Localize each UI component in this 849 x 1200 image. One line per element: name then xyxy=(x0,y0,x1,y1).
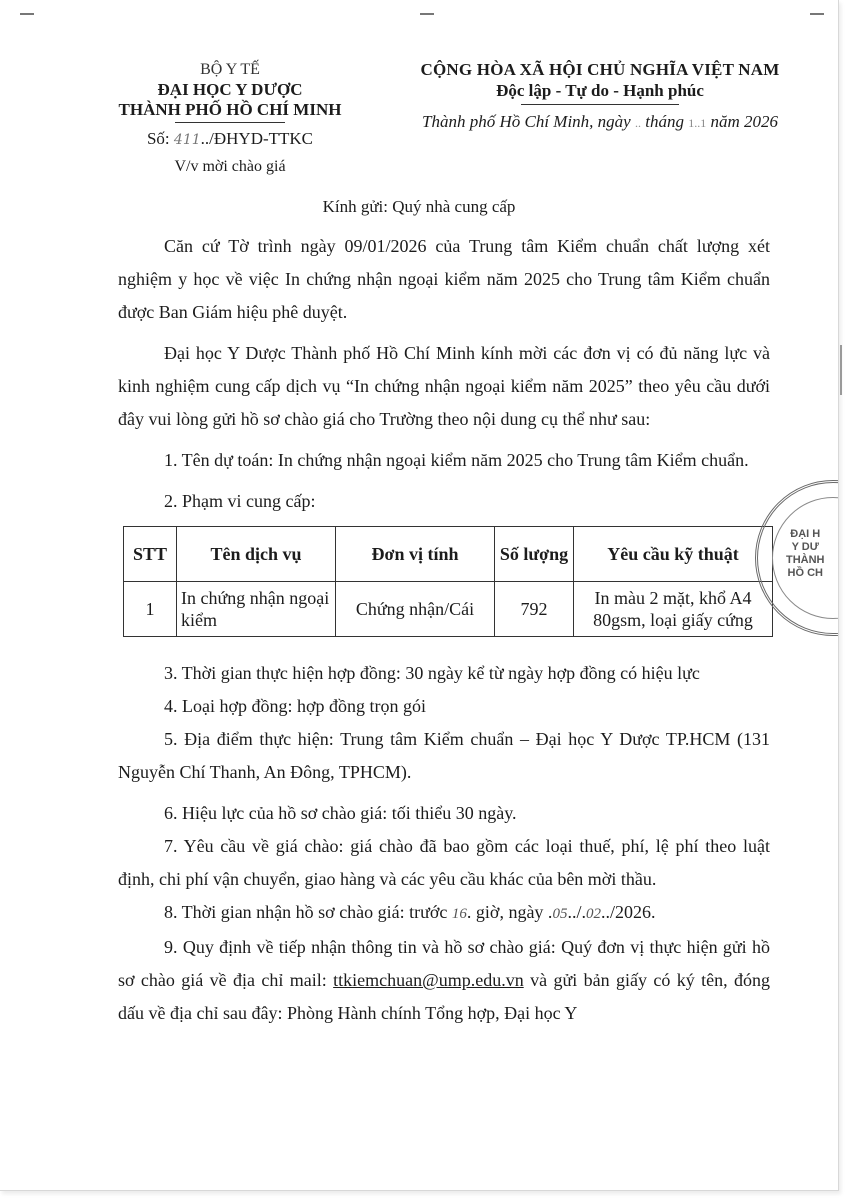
paragraph-basis: Căn cứ Tờ trình ngày 09/01/2026 của Trun… xyxy=(118,230,770,329)
item-contract-type: 4. Loại hợp đồng: hợp đồng trọn gói xyxy=(118,690,770,723)
national-motto: Độc lập - Tự do - Hạnh phúc xyxy=(400,80,800,102)
national-header: CỘNG HÒA XÃ HỘI CHỦ NGHĨA VIỆT NAM Độc l… xyxy=(400,60,800,134)
item-contract-time: 3. Thời gian thực hiện hợp đồng: 30 ngày… xyxy=(118,657,770,690)
seal-text: ĐẠI H Y DƯ THÀNH HỒ CH xyxy=(786,528,825,580)
deadline-month: 02 xyxy=(586,906,601,922)
item-scope: 2. Phạm vi cung cấp: xyxy=(118,485,770,518)
issuer-header: BỘ Y TẾ ĐẠI HỌC Y DƯỢC THÀNH PHỐ HỒ CHÍ … xyxy=(90,60,370,182)
date-year: năm 2026 xyxy=(706,112,778,131)
item-validity: 6. Hiệu lực của hồ sơ chào giá: tối thiể… xyxy=(118,797,770,830)
table-cell: 1 xyxy=(124,582,177,637)
number-suffix: ../ĐHYD-TTKC xyxy=(201,129,313,148)
seal-line: ĐẠI H xyxy=(786,528,825,541)
document-number: Số: 411../ĐHYD-TTKC xyxy=(90,127,370,152)
handwritten-number: 411 xyxy=(174,132,201,148)
document-date: Thành phố Hồ Chí Minh, ngày .. tháng 1..… xyxy=(400,111,800,134)
table-cell: 792 xyxy=(495,582,574,637)
table-cell: In chứng nhận ngoại kiểm xyxy=(177,582,336,637)
column-header: STT xyxy=(124,527,177,582)
column-header: Tên dịch vụ xyxy=(177,527,336,582)
deadline-prefix: 8. Thời gian nhận hồ sơ chào giá: trước xyxy=(164,902,452,922)
date-mid: tháng xyxy=(641,112,688,131)
deadline-hour: 16 xyxy=(452,906,467,922)
table-header-row: STT Tên dịch vụ Đơn vị tính Số lượng Yêu… xyxy=(124,527,773,582)
deadline-sep: ../. xyxy=(567,902,586,922)
table-row: 1 In chứng nhận ngoại kiểm Chứng nhận/Cá… xyxy=(124,582,773,637)
seal-line: THÀNH xyxy=(786,554,825,567)
seal-line: Y DƯ xyxy=(786,541,825,554)
seal-inner-ring xyxy=(772,497,838,619)
ministry-name: BỘ Y TẾ xyxy=(90,60,370,80)
country-name: CỘNG HÒA XÃ HỘI CHỦ NGHĨA VIỆT NAM xyxy=(400,60,800,80)
date-prefix: Thành phố Hồ Chí Minh, ngày xyxy=(422,112,635,131)
university-name-line2: THÀNH PHỐ HỒ CHÍ MINH xyxy=(90,100,370,120)
document-body: Căn cứ Tờ trình ngày 09/01/2026 của Trun… xyxy=(118,230,770,1030)
document-subject: V/v mời chào giá xyxy=(90,152,370,182)
motto-underline xyxy=(521,104,679,105)
item-submission-rules: 9. Quy định về tiếp nhận thông tin và hồ… xyxy=(118,931,770,1030)
column-header: Số lượng xyxy=(495,527,574,582)
item-deadline: 8. Thời gian nhận hồ sơ chào giá: trước … xyxy=(118,896,770,931)
scan-mark xyxy=(420,13,434,15)
paragraph-invitation: Đại học Y Dược Thành phố Hồ Chí Minh kín… xyxy=(118,337,770,436)
date-month: 1..1 xyxy=(688,116,706,130)
deadline-year: ../2026. xyxy=(601,902,656,922)
item-price-requirements: 7. Yêu cầu về giá chào: giá chào đã bao … xyxy=(118,830,770,896)
scan-mark xyxy=(20,13,34,15)
item-estimate-name: 1. Tên dự toán: In chứng nhận ngoại kiểm… xyxy=(118,444,770,477)
table-cell: In màu 2 mặt, khổ A4 80gsm, loại giấy cứ… xyxy=(574,582,773,637)
university-name-line1: ĐẠI HỌC Y DƯỢC xyxy=(90,80,370,100)
deadline-mid: . giờ, ngày . xyxy=(467,902,553,922)
column-header: Đơn vị tính xyxy=(336,527,495,582)
contact-email-link[interactable]: ttkiemchuan@ump.edu.vn xyxy=(333,970,524,990)
scan-edge-mark xyxy=(840,345,842,395)
deadline-day: 05 xyxy=(552,906,567,922)
service-table: STT Tên dịch vụ Đơn vị tính Số lượng Yêu… xyxy=(123,526,773,637)
header-underline xyxy=(175,122,285,123)
number-prefix: Số: xyxy=(147,129,174,148)
table-cell: Chứng nhận/Cái xyxy=(336,582,495,637)
scan-mark xyxy=(810,13,824,15)
item-location: 5. Địa điểm thực hiện: Trung tâm Kiểm ch… xyxy=(118,723,770,789)
column-header: Yêu cầu kỹ thuật xyxy=(574,527,773,582)
document-page: BỘ Y TẾ ĐẠI HỌC Y DƯỢC THÀNH PHỐ HỒ CHÍ … xyxy=(0,0,839,1191)
salutation: Kính gửi: Quý nhà cung cấp xyxy=(0,197,838,217)
seal-line: HỒ CH xyxy=(786,567,825,580)
